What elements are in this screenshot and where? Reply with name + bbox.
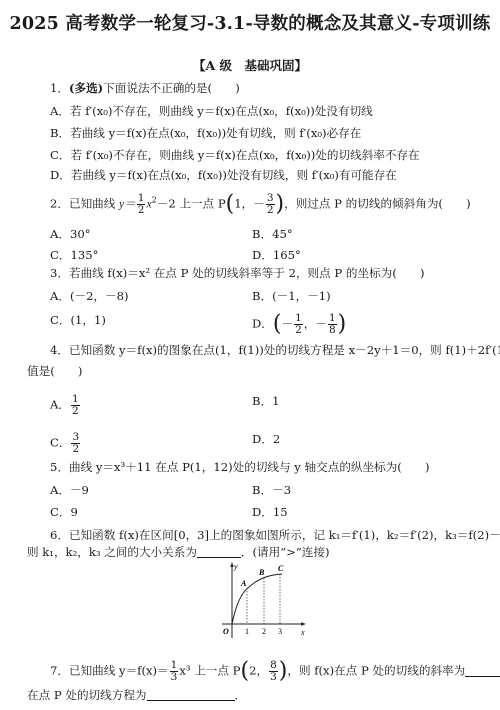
section-level-heading: 【A 级 基础巩固】 — [0, 56, 500, 74]
tick-1: 1 — [245, 627, 249, 636]
denominator: 2 — [72, 406, 79, 417]
document-title: 2025 高考数学一轮复习-3.1-导数的概念及其意义-专项训练 — [0, 10, 500, 35]
q6-text: 则 k₁，k₂，k₃ 之间的大小关系为 — [27, 545, 197, 559]
q7-text-pre: 7．已知曲线 y＝f(x)＝ — [50, 664, 169, 678]
point-c-label: C — [278, 564, 284, 573]
left-paren: ( — [226, 192, 235, 217]
q2-text-mid: －2 上一点 P — [157, 197, 226, 211]
denominator: 3 — [270, 672, 277, 683]
option-label: C． — [50, 436, 70, 450]
origin-label: O — [223, 627, 229, 636]
q2-text-post: ，则过点 P 的切线的倾斜角为( ) — [284, 197, 471, 211]
q2-option-b: B．45° — [252, 227, 293, 241]
fraction-one-half: 12 — [137, 193, 146, 216]
denominator: 2 — [267, 205, 274, 216]
denominator: 2 — [295, 325, 302, 336]
fraction: 18 — [328, 313, 337, 336]
q1-option-c: C．若 f′(x₀)不存在，则曲线 y＝f(x)在点(x₀，f(x₀))处的切线… — [50, 148, 420, 162]
answer-blank[interactable] — [197, 545, 241, 558]
q7-text-mid: x³ 上一点 P — [179, 664, 240, 678]
answer-blank-tangent-equation[interactable] — [147, 688, 235, 701]
q3-option-d: D．(－12，－18) — [252, 313, 346, 336]
fraction-one-third: 13 — [170, 660, 179, 683]
denominator: 2 — [72, 444, 79, 455]
q6-hint: ．(请用“>”连接) — [241, 545, 330, 559]
right-paren: ) — [338, 312, 347, 337]
q1-option-d: D．若曲线 y＝f(x)在点(x₀，f(x₀))处没有切线，则 f′(x₀)有可… — [50, 168, 397, 182]
fraction-eight-thirds: 83 — [269, 660, 278, 683]
q3-option-a: A．(－2，－8) — [50, 289, 129, 303]
left-paren: ( — [240, 659, 249, 684]
question-3-stem: 3．若曲线 f(x)＝x² 在点 P 处的切线斜率等于 2，则点 P 的坐标为(… — [50, 266, 425, 280]
question-7-stem-line1: 7．已知曲线 y＝f(x)＝13x³ 上一点 P(2，83)，则 f(x)在点 … — [50, 660, 500, 683]
q4-option-a: A．12 — [50, 394, 81, 417]
answer-blank-slope[interactable] — [465, 664, 500, 677]
q5-option-a: A．－9 — [50, 483, 89, 497]
right-paren: ) — [276, 192, 285, 217]
q7-text-post: ，则 f(x)在点 P 处的切线的斜率为 — [287, 664, 465, 678]
denominator: 3 — [171, 672, 178, 683]
q2-y: y＝ — [119, 198, 136, 211]
q3-option-b: B．(－1，－1) — [252, 289, 331, 303]
question-6-stem-line1: 6．已知函数 f(x)在区间[0，3]上的图象如图所示，记 k₁＝f′(1)，k… — [50, 528, 500, 542]
fraction: 32 — [71, 432, 80, 455]
q2-option-a: A．30° — [50, 227, 91, 241]
q2-option-d: D．165° — [252, 248, 301, 262]
punctuation: ． — [235, 688, 247, 702]
fraction-three-halves: 32 — [266, 193, 275, 216]
curve — [232, 574, 282, 624]
point-a-label: A — [240, 579, 247, 588]
x-axis-arrow — [301, 622, 306, 625]
q5-option-b: B．－3 — [252, 483, 291, 497]
point-b-label: B — [258, 568, 265, 577]
q7-point-x: 2， — [249, 664, 268, 678]
option-label: D． — [252, 317, 273, 331]
question-number: 1． — [50, 81, 69, 95]
y-axis-label: y — [233, 562, 238, 571]
q2-point-x: 1，－ — [234, 197, 265, 211]
q2-text-pre: 2．已知曲线 — [50, 197, 119, 211]
fraction: 12 — [71, 394, 80, 417]
q2-option-c: C．135° — [50, 248, 98, 262]
question-6-stem-line2: 则 k₁，k₂，k₃ 之间的大小关系为．(请用“>”连接) — [27, 545, 330, 559]
function-graph-figure: y x O 1 2 3 A B C — [214, 560, 309, 642]
denominator: 8 — [329, 325, 336, 336]
document-page: 2025 高考数学一轮复习-3.1-导数的概念及其意义-专项训练 【A 级 基础… — [0, 0, 500, 710]
question-5-stem: 5．曲线 y＝x³＋11 在点 P(1，12)处的切线与 y 轴交点的纵坐标为(… — [50, 460, 430, 474]
q4-option-d: D．2 — [252, 432, 280, 446]
q1-option-b: B．若曲线 y＝f(x)在点(x₀，f(x₀))处有切线，则 f′(x₀)必存在 — [50, 126, 361, 140]
question-1-stem: 1．(多选)下面说法不正确的是( ) — [50, 81, 240, 95]
q4-option-b: B．1 — [252, 394, 280, 408]
question-2-stem: 2．已知曲线 y＝12x2－2 上一点 P(1，－32)，则过点 P 的切线的倾… — [50, 193, 471, 216]
tick-2: 2 — [262, 627, 266, 636]
q5-option-c: C．9 — [50, 505, 78, 519]
q4-option-c: C．32 — [50, 432, 81, 455]
multi-select-tag: (多选) — [69, 81, 103, 95]
option-label: A． — [50, 398, 70, 412]
question-4-stem-line1: 4．已知函数 y＝f(x)的图象在点(1，f(1))处的切线方程是 x－2y＋1… — [50, 343, 500, 357]
x-axis-label: x — [300, 628, 305, 637]
q1-option-a: A．若 f′(x₀)不存在，则曲线 y＝f(x)在点(x₀，f(x₀))处没有切… — [50, 104, 373, 118]
question-text: 下面说法不正确的是( ) — [103, 81, 240, 95]
left-paren: ( — [273, 312, 282, 337]
denominator: 2 — [138, 205, 145, 216]
fraction: 12 — [294, 313, 303, 336]
q3-option-c: C．(1，1) — [50, 313, 106, 327]
question-7-stem-line2: 在点 P 处的切线方程为． — [27, 688, 246, 702]
question-4-stem-line2: 值是( ) — [27, 364, 82, 378]
tick-3: 3 — [278, 627, 282, 636]
q5-option-d: D．15 — [252, 505, 288, 519]
q7-text-line2: 在点 P 处的切线方程为 — [27, 688, 147, 702]
